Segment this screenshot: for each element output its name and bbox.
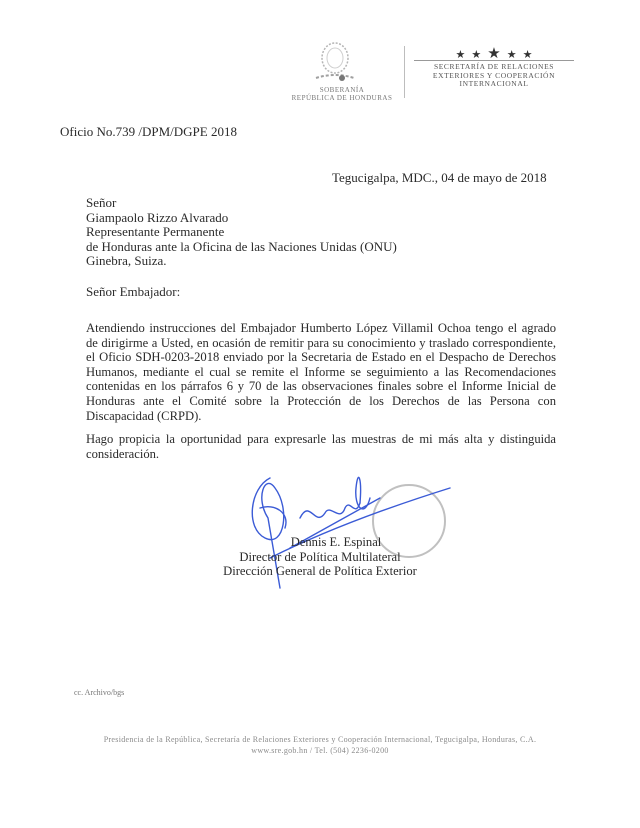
page-footer: Presidencia de la República, Secretaría … <box>70 734 570 756</box>
recipient-name: Giampaolo Rizzo Alvarado <box>86 211 397 226</box>
carbon-copy-note: cc. Archivo/bgs <box>74 688 124 697</box>
recipient-block: Señor Giampaolo Rizzo Alvarado Represent… <box>86 196 397 269</box>
signature-block: Dennis E. Espinal Director de Política M… <box>190 535 450 579</box>
body-paragraph: Atendiendo instrucciones del Embajador H… <box>86 321 556 423</box>
recipient-organization: de Honduras ante la Oficina de las Nacio… <box>86 240 397 255</box>
signatory-title: Director de Política Multilateral <box>190 550 450 565</box>
signatory-name: Dennis E. Espinal <box>190 535 450 550</box>
salutation: Señor Embajador: <box>86 285 180 300</box>
letterhead-ministry-name: SECRETARÍA DE RELACIONES EXTERIORES Y CO… <box>414 63 574 89</box>
footer-line: www.sre.gob.hn / Tel. (504) 2236-0200 <box>70 745 570 756</box>
closing-paragraph: Hago propicia la oportunidad para expres… <box>86 432 556 461</box>
coat-of-arms-seal <box>312 36 358 88</box>
recipient-city: Ginebra, Suiza. <box>86 254 397 269</box>
date-line: Tegucigalpa, MDC., 04 de mayo de 2018 <box>332 171 547 186</box>
signatory-department: Dirección General de Política Exterior <box>190 564 450 579</box>
caption-line: SOBERANÍA <box>282 86 402 94</box>
letterhead-rule <box>414 60 574 61</box>
footer-line: Presidencia de la República, Secretaría … <box>70 734 570 745</box>
letterhead-divider <box>404 46 405 98</box>
caption-line: REPÚBLICA DE HONDURAS <box>282 94 402 102</box>
reference-number: Oficio No.739 /DPM/DGPE 2018 <box>60 125 237 140</box>
recipient-position: Representante Permanente <box>86 225 397 240</box>
ministry-line: INTERNACIONAL <box>414 80 574 89</box>
letterhead-left-caption: SOBERANÍA REPÚBLICA DE HONDURAS <box>282 86 402 102</box>
recipient-title: Señor <box>86 196 397 211</box>
